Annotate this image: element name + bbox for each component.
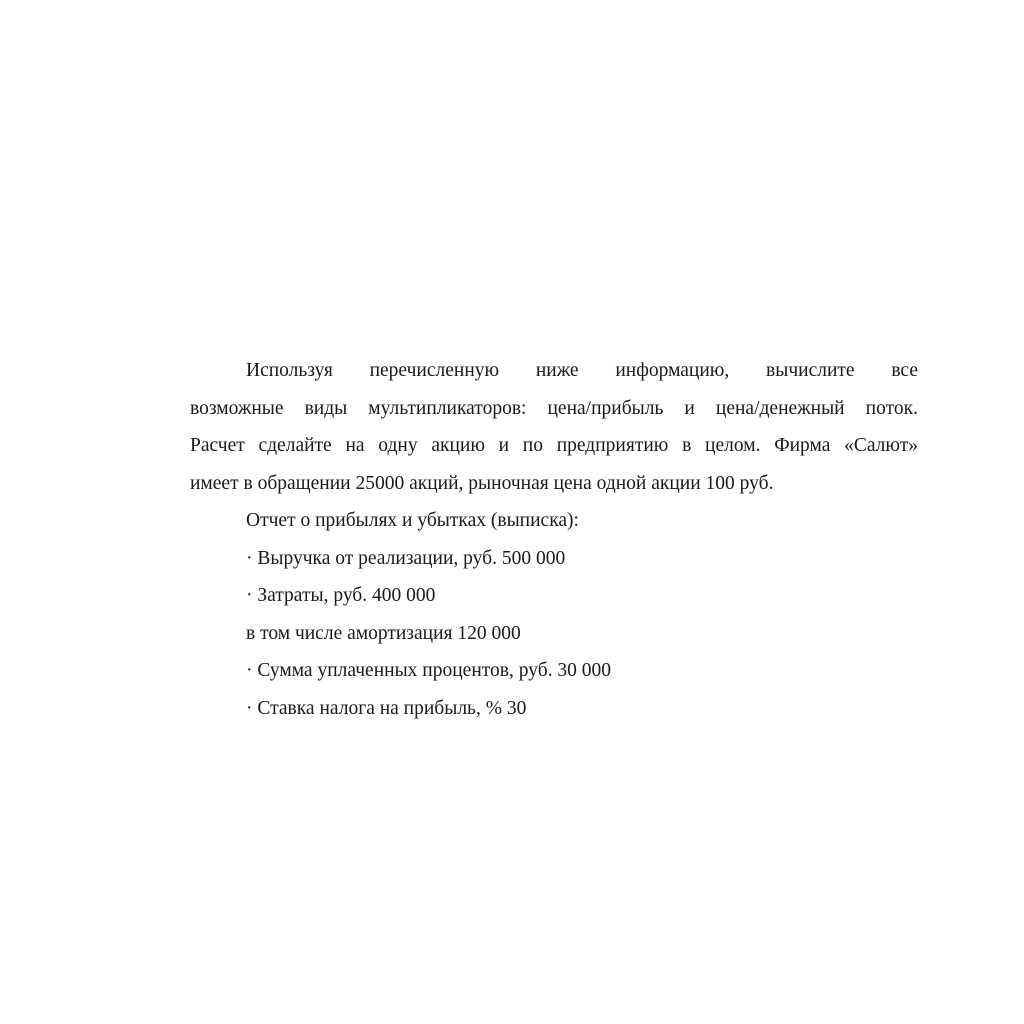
report-title: Отчет о прибылях и убытках (выписка): xyxy=(190,502,918,540)
item-interest: · Сумма уплаченных процентов, руб. 30 00… xyxy=(190,652,918,690)
word: «Салют» xyxy=(844,427,918,465)
word: все xyxy=(891,352,918,390)
word: акцию xyxy=(431,427,485,465)
word: одну xyxy=(378,427,417,465)
word: Используя xyxy=(246,352,333,390)
item-depreciation: в том числе амортизация 120 000 xyxy=(190,615,918,653)
word: Фирма xyxy=(774,427,830,465)
item-costs: · Затраты, руб. 400 000 xyxy=(190,577,918,615)
word: и xyxy=(499,427,509,465)
paragraph-line-4: имеет в обращении 25000 акций, рыночная … xyxy=(190,465,918,503)
word: Расчет xyxy=(190,427,245,465)
word: перечисленную xyxy=(370,352,499,390)
paragraph-line-1: Используяперечисленнуюнижеинформацию,выч… xyxy=(190,352,918,390)
word: целом. xyxy=(705,427,760,465)
word: на xyxy=(345,427,364,465)
word: по xyxy=(523,427,543,465)
paragraph-line-3: Расчетсделайтенаоднуакциюипопредприятиюв… xyxy=(190,427,918,465)
word: виды xyxy=(305,390,348,428)
word: поток. xyxy=(866,390,918,428)
word: информацию, xyxy=(615,352,729,390)
paragraph-line-2: возможныевидымультипликаторов:цена/прибы… xyxy=(190,390,918,428)
word: вычислите xyxy=(766,352,855,390)
word: возможные xyxy=(190,390,284,428)
word: цена/денежный xyxy=(716,390,845,428)
document-body: Используяперечисленнуюнижеинформацию,выч… xyxy=(190,352,918,727)
item-revenue: · Выручка от реализации, руб. 500 000 xyxy=(190,540,918,578)
item-tax-rate: · Ставка налога на прибыль, % 30 xyxy=(190,690,918,728)
word: ниже xyxy=(536,352,579,390)
word: предприятию xyxy=(557,427,669,465)
word: цена/прибыль xyxy=(548,390,664,428)
word: в xyxy=(682,427,691,465)
word: сделайте xyxy=(258,427,331,465)
word: и xyxy=(684,390,694,428)
word: мультипликаторов: xyxy=(368,390,526,428)
